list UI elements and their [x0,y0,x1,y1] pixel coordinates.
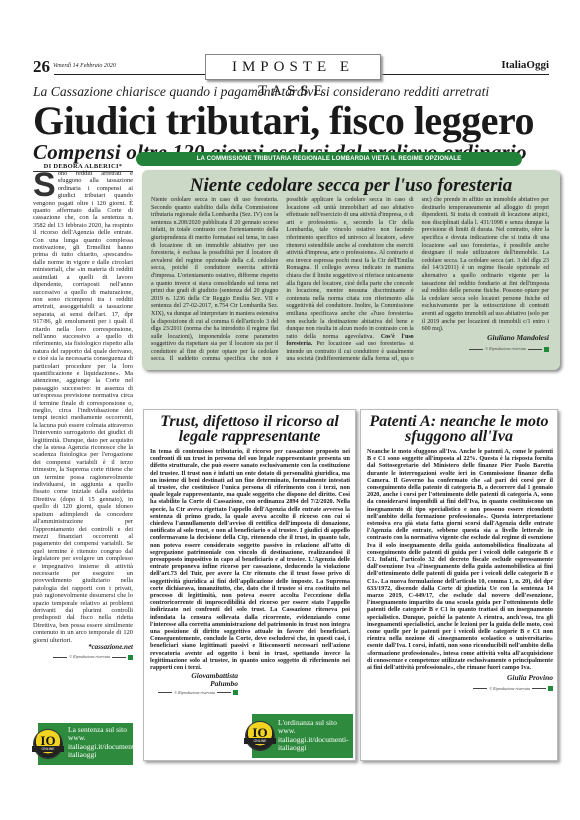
promo-link-text[interactable]: L'ordinanza sul sito www. italiaoggi.it/… [278,719,350,753]
trust-article-box: Trust, difettoso il ricorso al legale ra… [143,409,356,761]
end-square-icon [233,690,238,695]
rights-rule [53,657,67,658]
lead-promo-box[interactable]: IO ONLINE La sentenza sul sito www. ital… [38,723,133,765]
lead-signature: *cassazione.net [33,644,133,651]
page-number: 26 [33,57,54,77]
trust-body: In tema di contenzioso tributario, il ri… [150,448,350,696]
masthead: 26 Venerdì 14 Febbraio 2020 IMPOSTE E TA… [33,57,549,79]
section-title: IMPOSTE E TASSE [205,54,381,80]
end-square-icon [128,655,133,660]
online-badge-icon: IO ONLINE [246,722,274,750]
end-square-icon [548,686,553,691]
feature-signature: Giuliano Mandolesi [487,333,549,342]
online-badge-icon: IO ONLINE [34,730,62,758]
page-date: Venerdì 14 Febbraio 2020 [53,63,120,69]
drop-cap: S [33,171,56,199]
lead-body: ono redditi arretrati e sfuggono alla ta… [33,170,133,644]
patenti-rights: © Riproduzione riservata [367,685,553,692]
lead-rights: © Riproduzione riservata [33,653,133,660]
patenti-title: Patenti A: neanche le moto sfuggono all'… [361,414,557,444]
lead-article: Sono redditi arretrati e sfuggono alla t… [33,170,133,661]
feature-body: Niente cedolare secca in caso di uso for… [151,197,549,367]
patenti-signature: Giulia Provino [507,673,553,682]
end-square-icon [544,347,549,352]
trust-promo-box[interactable]: IO ONLINE L'ordinanza sul sito www. ital… [252,714,353,758]
trust-rights: © Riproduzione riservata [150,689,238,696]
feature-title: Niente cedolare secca per l'uso forester… [142,175,560,197]
feature-banner: LA COMMISSIONE TRIBUTARIA REGIONALE LOMB… [136,152,522,166]
feature-rights: © Riproduzione riservata [422,345,549,353]
rights-rule [112,657,126,658]
trust-signature-line2: Palumbo [150,680,238,687]
patenti-article-box: Patenti A: neanche le moto sfuggono all'… [360,409,558,761]
brand-logo: ItaliaOggi [497,59,549,71]
lead-headline: Giudici tributari, fisco leggero [33,100,549,142]
trust-title: Trust, difettoso il ricorso al legale ra… [144,414,355,444]
patenti-body: Neanche le moto sfuggono all'Iva. Anche … [367,448,553,692]
feature-box: Niente cedolare secca per l'uso forester… [142,170,560,370]
promo-link-text[interactable]: La sentenza sul sito www. italiaoggi.it/… [68,726,131,760]
